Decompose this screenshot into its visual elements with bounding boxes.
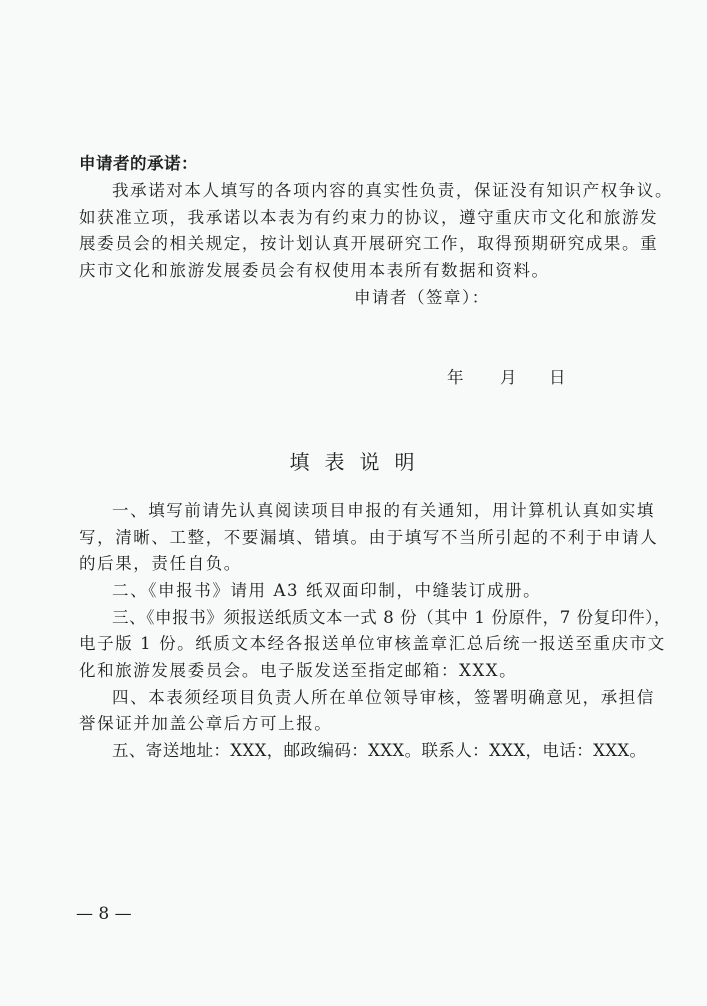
commitment-line: 庆市文化和旅游发展委员会有权使用本表所有数据和资料。	[79, 261, 620, 281]
document-page: 申请者的承诺： 我承诺对本人填写的各项内容的真实性负责，保证没有知识产权争议。 …	[0, 0, 707, 1006]
instruction-line: 三、《申报书》须报送纸质文本一式 8 份（其中 1 份原件，7 份复印件），	[112, 608, 620, 628]
instruction-line: 电子版 1 份。纸质文本经各报送单位审核盖章汇总后统一报送至重庆市文	[79, 634, 620, 654]
date-month-label: 月	[500, 368, 517, 388]
instruction-line: 誉保证并加盖公章后方可上报。	[79, 714, 620, 734]
commitment-line: 我承诺对本人填写的各项内容的真实性负责，保证没有知识产权争议。	[112, 181, 620, 201]
instruction-line: 五、寄送地址：XXX，邮政编码：XXX。联系人：XXX，电话：XXX。	[112, 741, 620, 761]
instruction-line: 二、《申报书》请用 A3 纸双面印制，中缝装订成册。	[112, 581, 620, 601]
instruction-line: 四、本表须经项目负责人所在单位领导审核，签署明确意见，承担信	[112, 688, 620, 708]
signature-label: 申请者（签章）：	[354, 288, 490, 308]
instruction-line: 一、填写前请先认真阅读项目申报的有关通知，用计算机认真如实填	[112, 501, 620, 521]
instructions-title: 填表说明	[0, 450, 707, 474]
commitment-line: 展委员会的相关规定，按计划认真开展研究工作，取得预期研究成果。重	[79, 234, 620, 254]
instruction-line: 的后果，责任自负。	[79, 554, 620, 574]
page-number: — 8 —	[76, 904, 132, 924]
instruction-line: 化和旅游发展委员会。电子版发送至指定邮箱：XXX。	[79, 661, 620, 681]
date-day-label: 日	[549, 368, 566, 388]
instruction-line: 写，清晰、工整，不要漏填、错填。由于填写不当所引起的不利于申请人	[79, 528, 620, 548]
commitment-line: 如获准立项，我承诺以本表为有约束力的协议，遵守重庆市文化和旅游发	[79, 208, 620, 228]
date-year-label: 年	[447, 368, 464, 388]
commitment-heading: 申请者的承诺：	[79, 154, 620, 174]
